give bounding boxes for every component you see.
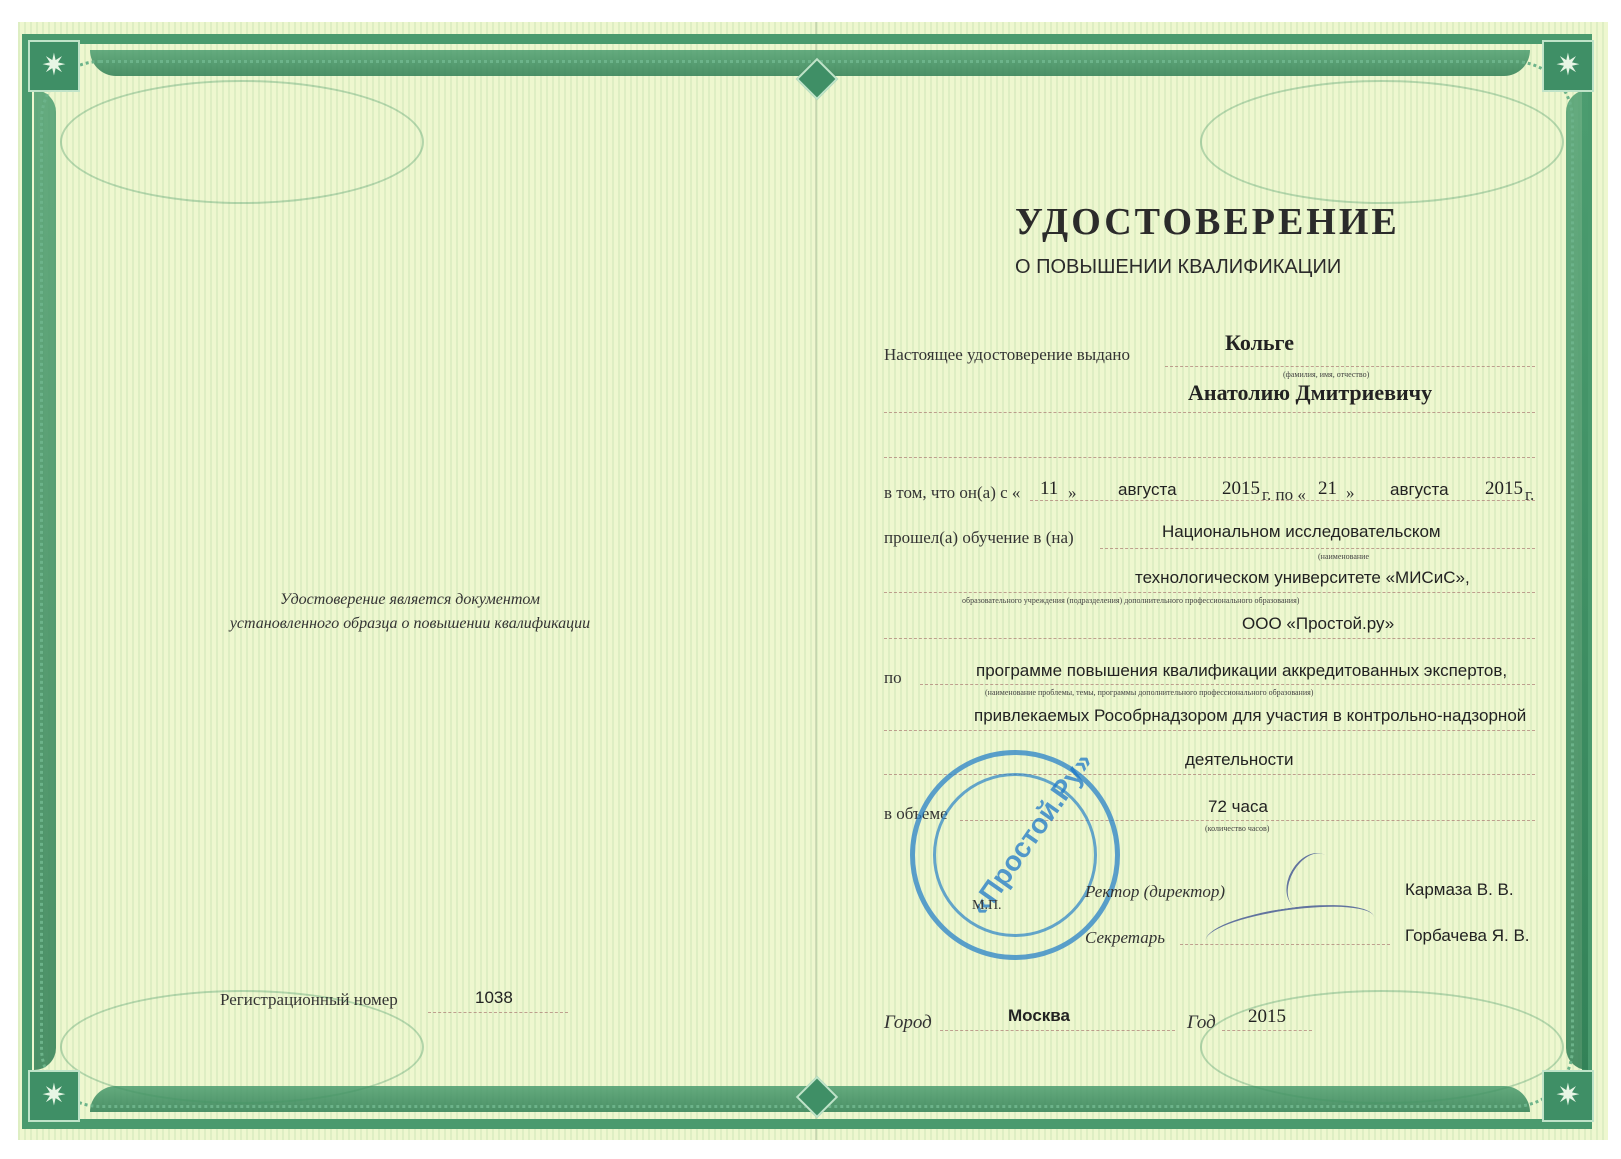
fill-line [1165, 366, 1535, 367]
corner-star-icon: ✷ [1542, 1070, 1594, 1122]
period-middle: г. по « [1262, 485, 1306, 505]
start-year: 2015 [1222, 478, 1260, 500]
guilloche-pattern [60, 80, 424, 204]
fill-line [1222, 1030, 1312, 1031]
fill-line [1100, 548, 1535, 549]
guilloche-pattern [1200, 80, 1564, 204]
fill-line [1030, 500, 1535, 501]
volume-hint: (количество часов) [1205, 824, 1269, 833]
rector-label: Ректор (директор) [1085, 882, 1225, 902]
registration-number: 1038 [475, 988, 513, 1008]
volume-value: 72 часа [1208, 797, 1268, 817]
period-suffix: г. [1525, 485, 1534, 505]
registration-label: Регистрационный номер [220, 990, 398, 1010]
fill-line [884, 412, 1535, 413]
note-line: установленного образца о повышении квали… [180, 612, 640, 636]
end-month: августа [1390, 480, 1449, 500]
institution-line-1: Национальном исследовательском [1162, 522, 1441, 542]
rector-name: Кармаза В. В. [1405, 880, 1514, 900]
program-line-2: привлекаемых Рособрнадзором для участия … [974, 706, 1526, 726]
start-day: 11 [1040, 478, 1058, 500]
program-line-3: деятельности [1185, 750, 1293, 770]
institution-hint: образовательного учреждения (подразделен… [962, 596, 1299, 605]
corner-star-icon: ✷ [1542, 40, 1594, 92]
institution-hint: (наименование [1318, 552, 1369, 561]
note-line: Удостоверение является документом [180, 588, 640, 612]
city-value: Москва [1008, 1006, 1070, 1026]
end-year: 2015 [1485, 478, 1523, 500]
corner-star-icon: ✷ [28, 40, 80, 92]
year-label: Год [1187, 1012, 1216, 1034]
secretary-name: Горбачева Я. В. [1405, 926, 1530, 946]
recipient-given-names: Анатолию Дмитриевичу [1188, 380, 1432, 406]
certificate-subtitle: О ПОВЫШЕНИИ КВАЛИФИКАЦИИ [1015, 256, 1341, 279]
name-hint: (фамилия, имя, отчество) [1283, 370, 1369, 379]
recipient-surname: Кольге [1225, 330, 1294, 356]
left-page-note: Удостоверение является документом устано… [180, 588, 640, 636]
fill-line [940, 1030, 1175, 1031]
fill-line [884, 592, 1535, 593]
fill-line [884, 457, 1535, 458]
fill-line [884, 730, 1535, 731]
period-prefix: в том, что он(а) с « [884, 483, 1020, 503]
issued-to-label: Настоящее удостоверение выдано [884, 345, 1130, 365]
corner-star-icon: ✷ [28, 1070, 80, 1122]
program-line-1: программе повышения квалификации аккреди… [976, 661, 1507, 681]
program-hint: (наименование проблемы, темы, программы … [985, 688, 1313, 697]
institution-label: прошел(а) обучение в (на) [884, 528, 1074, 548]
fill-line [920, 684, 1535, 685]
certificate-title: УДОСТОВЕРЕНИЕ [1015, 200, 1400, 244]
end-day: 21 [1318, 478, 1337, 500]
institution-line-3: ООО «Простой.ру» [1242, 614, 1394, 634]
program-label: по [884, 668, 902, 688]
city-label: Город [884, 1012, 932, 1034]
secretary-label: Секретарь [1085, 928, 1165, 948]
year-value: 2015 [1248, 1006, 1286, 1028]
seal-label: М.П. [972, 898, 1002, 914]
start-month: августа [1118, 480, 1177, 500]
fill-line [884, 638, 1535, 639]
institution-line-2: технологическом университете «МИСиС», [1135, 568, 1470, 588]
registration-line [428, 1012, 568, 1013]
